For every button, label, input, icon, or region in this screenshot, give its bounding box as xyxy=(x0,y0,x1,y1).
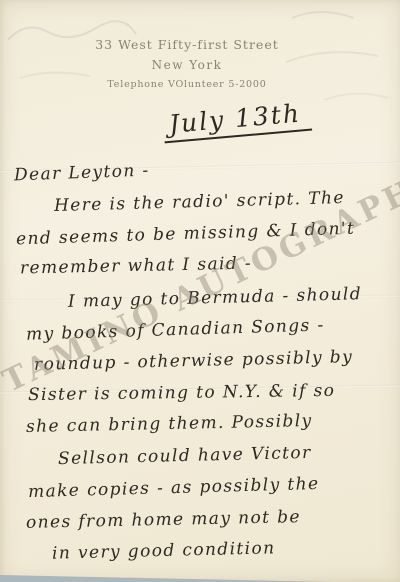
handwriting-line: I may go to Bermuda - should xyxy=(68,284,363,312)
tamino-autographs-watermark: TAMINO AUTOGRAPHS xyxy=(0,143,400,417)
handwriting-line-salutation: Dear Leyton - xyxy=(14,161,150,186)
letterhead-city: New York xyxy=(0,58,387,72)
handwriting-line: she can bring them. Possibly xyxy=(26,411,313,437)
letterhead: 33 West Fifty-first Street New York Tele… xyxy=(0,37,387,90)
handwriting-line: in very good condition xyxy=(52,538,276,563)
handwriting-line: roundup - otherwise possibly by xyxy=(34,347,354,375)
handwriting-line: my books of Canadian Songs - xyxy=(26,315,325,344)
scan-backdrop-edge xyxy=(0,572,400,582)
letterhead-telephone: Telephone VOlunteer 5-2000 xyxy=(0,79,387,90)
letter-paper: 33 West Fifty-first Street New York Tele… xyxy=(0,0,400,582)
handwriting-line: end seems to be missing & I don't xyxy=(16,219,356,250)
handwriting-line: ones from home may not be xyxy=(26,507,301,533)
letterhead-address: 33 West Fifty-first Street xyxy=(0,37,387,52)
handwriting-line: Sellson could have Victor xyxy=(58,443,312,469)
handwriting-line: Here is the radio' script. The xyxy=(54,188,345,216)
handwriting-line: make copies - as possibly the xyxy=(28,474,320,502)
handwritten-date: July 13th xyxy=(162,98,312,144)
handwriting-line: remember what I said - xyxy=(20,254,252,279)
handwriting-line: Sister is coming to N.Y. & if so xyxy=(28,381,336,405)
